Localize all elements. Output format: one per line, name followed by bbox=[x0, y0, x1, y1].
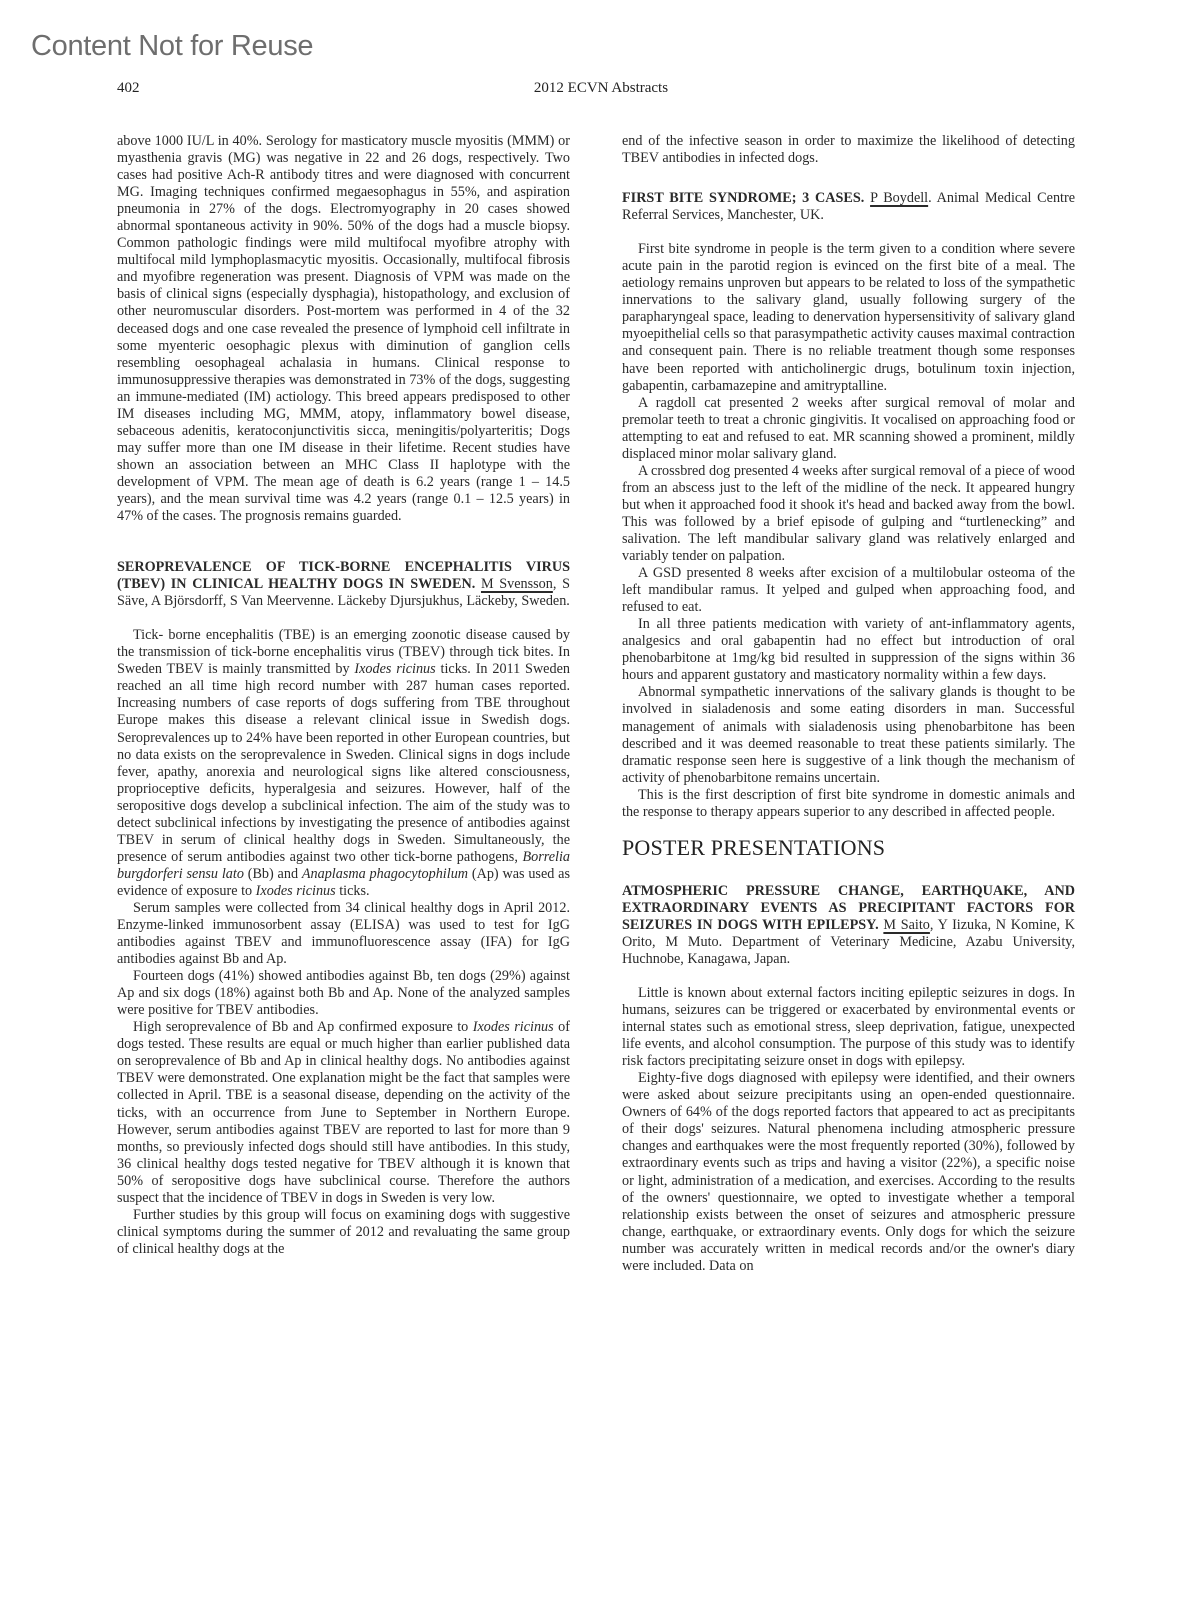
left-column: above 1000 IU/L in 40%. Serology for mas… bbox=[117, 133, 570, 1258]
abstract-first-bite: FIRST BITE SYNDROME; 3 CASES. P Boydell.… bbox=[622, 190, 1075, 821]
paragraph: Eighty-five dogs diagnosed with epilepsy… bbox=[622, 1070, 1075, 1275]
abstract-header: ATMOSPHERIC PRESSURE CHANGE, EARTHQUAKE,… bbox=[622, 883, 1075, 968]
watermark: Content Not for Reuse bbox=[31, 30, 313, 63]
paragraph: Abnormal sympathetic innervations of the… bbox=[622, 684, 1075, 786]
presenting-author: M Saito bbox=[883, 917, 930, 933]
paragraph: Fourteen dogs (41%) showed antibodies ag… bbox=[117, 968, 570, 1019]
presenting-author: P Boydell bbox=[870, 190, 928, 206]
paragraph: High seroprevalence of Bb and Ap confirm… bbox=[117, 1019, 570, 1207]
species-name: Ixodes ricinus bbox=[354, 661, 435, 677]
continued-paragraph: end of the infective season in order to … bbox=[622, 133, 1075, 167]
abstract-atmospheric-pressure: ATMOSPHERIC PRESSURE CHANGE, EARTHQUAKE,… bbox=[622, 883, 1075, 1275]
species-name: Ixodes ricinus bbox=[256, 883, 336, 899]
species-name: Ixodes ricinus bbox=[473, 1019, 554, 1035]
paragraph: A GSD presented 8 weeks after excision o… bbox=[622, 565, 1075, 616]
paragraph: First bite syndrome in people is the ter… bbox=[622, 241, 1075, 394]
abstract-header: SEROPREVALENCE OF TICK-BORNE ENCEPHALITI… bbox=[117, 559, 570, 610]
abstract-tbev: SEROPREVALENCE OF TICK-BORNE ENCEPHALITI… bbox=[117, 559, 570, 1258]
continued-paragraph: above 1000 IU/L in 40%. Serology for mas… bbox=[117, 133, 570, 525]
abstract-header: FIRST BITE SYNDROME; 3 CASES. P Boydell.… bbox=[622, 190, 1075, 224]
running-head: 402 2012 ECVN Abstracts bbox=[117, 80, 1085, 100]
paragraph: A ragdoll cat presented 2 weeks after su… bbox=[622, 395, 1075, 463]
paragraph: Serum samples were collected from 34 cli… bbox=[117, 900, 570, 968]
journal-title: 2012 ECVN Abstracts bbox=[117, 80, 1085, 97]
paragraph: A crossbred dog presented 4 weeks after … bbox=[622, 463, 1075, 565]
section-heading: POSTER PRESENTATIONS bbox=[622, 835, 1075, 861]
right-column: end of the infective season in order to … bbox=[622, 133, 1075, 1275]
species-name: Anaplasma phagocytophilum bbox=[302, 866, 468, 882]
paragraph: Further studies by this group will focus… bbox=[117, 1207, 570, 1258]
paragraph: In all three patients medication with va… bbox=[622, 616, 1075, 684]
paragraph: Tick- borne encephalitis (TBE) is an eme… bbox=[117, 627, 570, 900]
abstract-title: FIRST BITE SYNDROME; 3 CASES. bbox=[622, 190, 864, 206]
paragraph: Little is known about external factors i… bbox=[622, 985, 1075, 1070]
paragraph: This is the first description of first b… bbox=[622, 787, 1075, 821]
presenting-author: M Svensson bbox=[481, 576, 553, 592]
